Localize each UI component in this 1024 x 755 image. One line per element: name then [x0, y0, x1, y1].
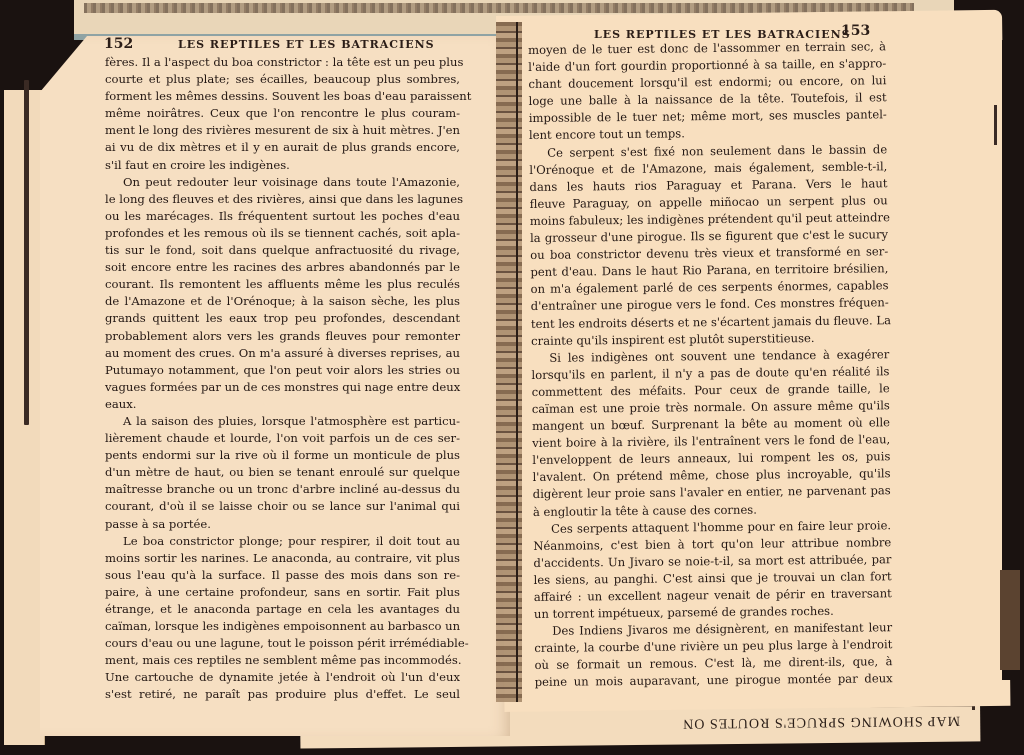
text-line: ment, mais ces reptiles ne semblent même… [105, 652, 460, 669]
text-line: caïman, lorsque les indigènes empoisonne… [105, 618, 460, 635]
text-line: eaux. [105, 396, 460, 413]
text-line: étrange, et le anaconda partage en cela … [105, 601, 460, 618]
text-line: le long des fleuves et des rivières, ain… [105, 191, 460, 208]
text-line: probablement alors vers les grands fleuv… [105, 328, 460, 345]
text-line: grands quittent les eaux trop peu profon… [105, 310, 460, 327]
text-line: maîtresse branche ou un tronc d'arbre in… [105, 481, 460, 498]
text-line: s'il faut en croire les indigènes. [105, 157, 460, 174]
text-line: forment les mêmes dessins. Souvent les b… [105, 88, 460, 105]
right-page-tab [1000, 570, 1020, 670]
text-line: ai vu de dix mètres et il y en aurait de… [105, 139, 460, 156]
text-line: de l'Amazone et de l'Orénoque; à la sais… [105, 293, 460, 310]
text-line: pents endormi sur la rive où il forme un… [105, 447, 460, 464]
text-line: lièrement chaude et lourde, l'on voit pa… [105, 430, 460, 447]
text-line: tis sur le fond, soit dans quelque anfra… [105, 242, 460, 259]
text-line: soit encore entre les racines des arbres… [105, 259, 460, 276]
left-page-body-text: fères. Il a l'aspect du boa constrictor … [105, 54, 460, 704]
text-line: profondes et les remous où ils se tienne… [105, 225, 460, 242]
book-gutter [496, 22, 522, 702]
text-line: au moment des crues. On m'a assuré à div… [105, 345, 460, 362]
text-line: passe à sa portée. [105, 516, 460, 533]
text-line: cours d'eau ou une lagune, tout le poiss… [105, 635, 460, 652]
text-line: courant, d'où il se laisse choir ou se l… [105, 498, 460, 515]
text-line: ment le long des rivières mesurent de si… [105, 122, 460, 139]
left-page-number: 152 [104, 36, 133, 52]
text-line: Le boa constrictor plonge; pour respirer… [105, 533, 460, 550]
text-line: courte et plus plate; ses écailles, beau… [105, 71, 460, 88]
text-line: moins sortir les narines. Le anaconda, a… [105, 550, 460, 567]
text-line: Une cartouche de dynamite jetée à l'endr… [105, 669, 460, 686]
right-margin-mark [994, 105, 997, 145]
right-page-number: 153 [841, 23, 870, 39]
photographed-book-spread: MAP SHOWING SPRUCE'S ROUTES ON 152 LES R… [0, 0, 1024, 755]
text-line: paire, à une certaine profondeur, sans e… [105, 584, 460, 601]
text-line: On peut redouter leur voisinage dans tou… [105, 174, 460, 191]
text-line: s'est retiré, ne paraît pas produire plu… [105, 686, 460, 703]
right-page-body-text: moyen de le tuer est donc de l'assommer … [528, 38, 893, 691]
left-binding-mark [24, 80, 29, 425]
text-line: vagues formées par un de ces monstres qu… [105, 379, 460, 396]
text-line: sous l'eau qu'à la surface. Il passe des… [105, 567, 460, 584]
text-line: Putumayo notamment, que l'on peut voir a… [105, 362, 460, 379]
text-line: A la saison des pluies, lorsque l'atmosp… [105, 413, 460, 430]
left-running-header: LES REPTILES ET LES BATRACIENS [178, 38, 435, 51]
text-line: ou les marécages. Ils fréquentent surtou… [105, 208, 460, 225]
gutter-line [516, 22, 518, 702]
text-line: courant. Ils remontent les affluents mêm… [105, 276, 460, 293]
text-line: fères. Il a l'aspect du boa constrictor … [105, 54, 460, 71]
text-line: même noirâtres. Ceux que l'on rencontre … [105, 105, 460, 122]
text-line: d'un mètre de haut, ou bien se tenant en… [105, 464, 460, 481]
